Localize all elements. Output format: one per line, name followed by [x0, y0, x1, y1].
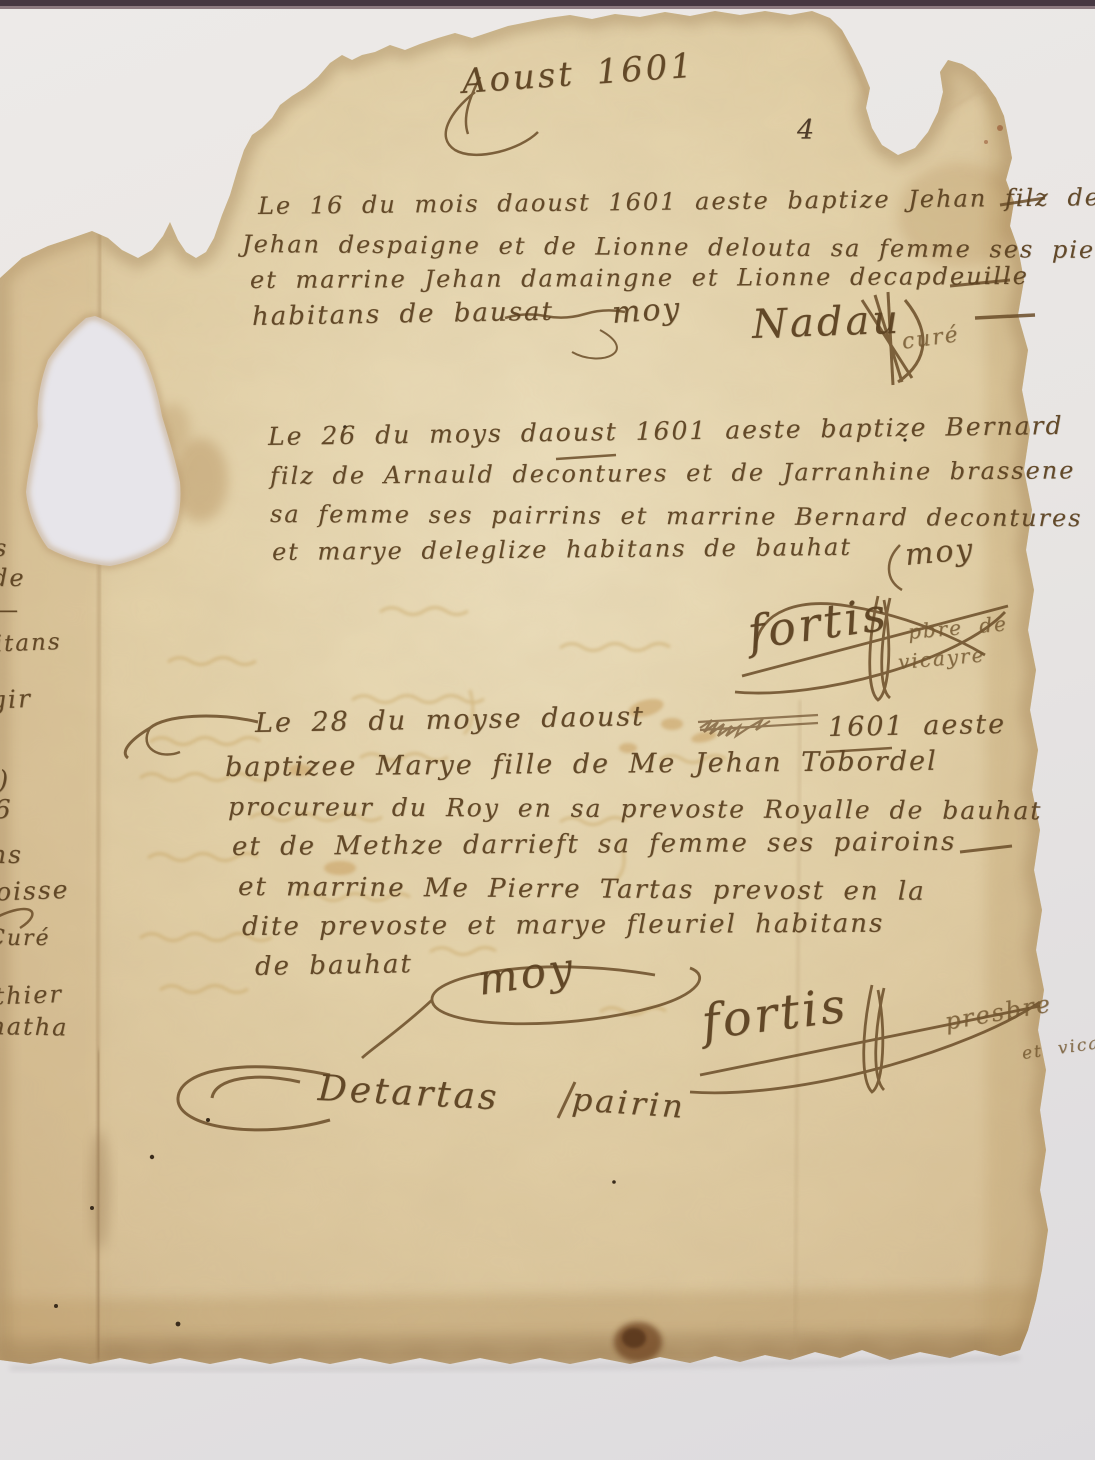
- page-number: 4: [797, 115, 816, 146]
- entry-2-moy: moy: [903, 532, 975, 573]
- margin-fragment: Curé: [0, 926, 51, 951]
- entry-3-line-3: procureur du Roy en sa prevoste Royalle …: [228, 792, 1043, 825]
- entry-3-line-1-right: 1601 aeste: [828, 709, 1007, 743]
- margin-fragment: bitans: [0, 629, 62, 658]
- entry-3-line-4: et de Methze darrieft sa femme ses pairo…: [232, 827, 957, 862]
- margin-fragment: de: [0, 564, 26, 592]
- entry-3-line-6: dite prevoste et marye fleuriel habitans: [242, 909, 885, 942]
- entry-1-line-3: et marrine Jehan damaingne et Lionne dec…: [250, 262, 1029, 294]
- margin-fragment: ns: [0, 840, 23, 869]
- margin-fragment: gir: [0, 684, 33, 715]
- entry-1-moy: moy: [611, 291, 683, 331]
- entry-2-line-2: filz de Arnauld decontures et de Jarranh…: [270, 456, 1076, 490]
- signature-nadau: Nadau: [751, 297, 902, 348]
- register-page-photo: Aoust 1601 4 Le 16 du mois daoust 1601 a…: [0, 0, 1095, 1460]
- photo-edge-strip: [0, 0, 1095, 6]
- margin-fragment: —: [0, 598, 20, 623]
- entry-1-line-4: habitans de bausat: [252, 297, 554, 332]
- margin-fragment: roisse: [0, 875, 70, 907]
- margin-fragment: matha: [0, 1012, 69, 1042]
- entry-2-line-4: et marye deleglize habitans de bauhat: [272, 533, 852, 566]
- margin-fragment: othier: [0, 980, 63, 1011]
- signature-detartas-role: pairin: [571, 1080, 687, 1126]
- entry-3-line-2: baptizee Marye fille de Me Jehan Toborde…: [225, 746, 938, 783]
- margin-fragment: s: [0, 534, 8, 562]
- margin-fragment: 6: [0, 795, 13, 825]
- entry-3-line-7: de bauhat: [255, 949, 413, 982]
- entry-3-line-5: et marrine Me Pierre Tartas prevost en l…: [238, 872, 926, 907]
- margin-fragment: ): [0, 766, 10, 796]
- photo-edge-strip-fade: [0, 6, 1095, 9]
- entry-2-line-3: sa femme ses pairrins et marrine Bernard…: [270, 500, 1083, 532]
